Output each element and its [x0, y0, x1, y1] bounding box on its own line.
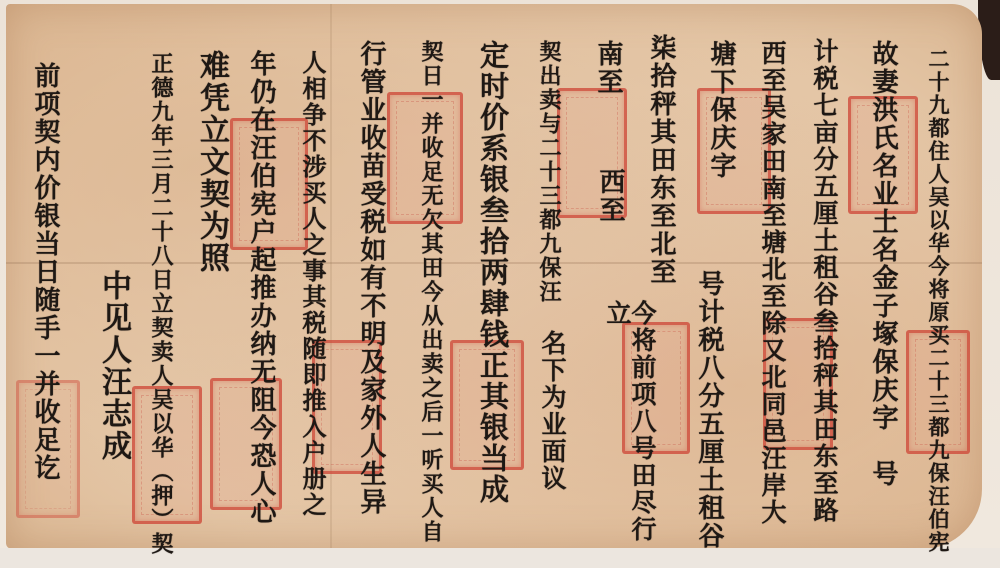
- deed-column-5: 塘下保庆字: [708, 40, 734, 180]
- deed-column-7: 柒拾秤其田东至北至: [648, 34, 674, 286]
- deed-column-17: 年仍在汪伯宪户起推办纳无阻今恐人心: [248, 50, 274, 526]
- deed-column-18: 难凭立文契为照: [196, 50, 226, 274]
- deed-column-witness: 中见人汪志成: [98, 270, 128, 462]
- deed-column-receipt-note: 前项契内价银当日随手一并收足讫: [32, 62, 58, 482]
- deed-column-16: 人相争不涉买人之事其税随即推入户册之: [300, 50, 324, 518]
- deed-column-14: 契日一并收足无欠其田今从出卖之后一听买人自: [420, 40, 442, 544]
- deed-column-2: 故妻洪氏名业土名金子塚保庆字 号: [870, 40, 896, 488]
- deed-column-date-signature: 正德九年三月二十八日立契卖人吴以华（押）契: [150, 52, 172, 556]
- deed-column-12: 名下为业面议: [540, 330, 565, 492]
- deed-column-10: 今将前项八号田尽行立: [605, 300, 655, 568]
- deed-column-6: 号计税八分五厘土租谷: [696, 270, 722, 550]
- deed-column-9: 西至: [597, 168, 623, 224]
- deed-column-4: 西至吴家田南至塘北至除又北同邑汪岸大: [760, 40, 785, 526]
- deed-column-1: 二十九都住人吴以华今将原买二十三都九保汪伯宪: [928, 48, 949, 554]
- deed-column-8: 南至: [595, 40, 621, 96]
- deed-column-15: 行管业收苗受税如有不明及家外人生异: [358, 40, 384, 516]
- deed-column-11: 契出卖与二十三都九保汪: [538, 40, 560, 304]
- deed-column-13: 定时价系银叁拾两肆钱正其银当成: [478, 40, 507, 505]
- deed-column-3: 计税七亩分五厘土租谷叁拾秤其田东至路: [812, 38, 837, 524]
